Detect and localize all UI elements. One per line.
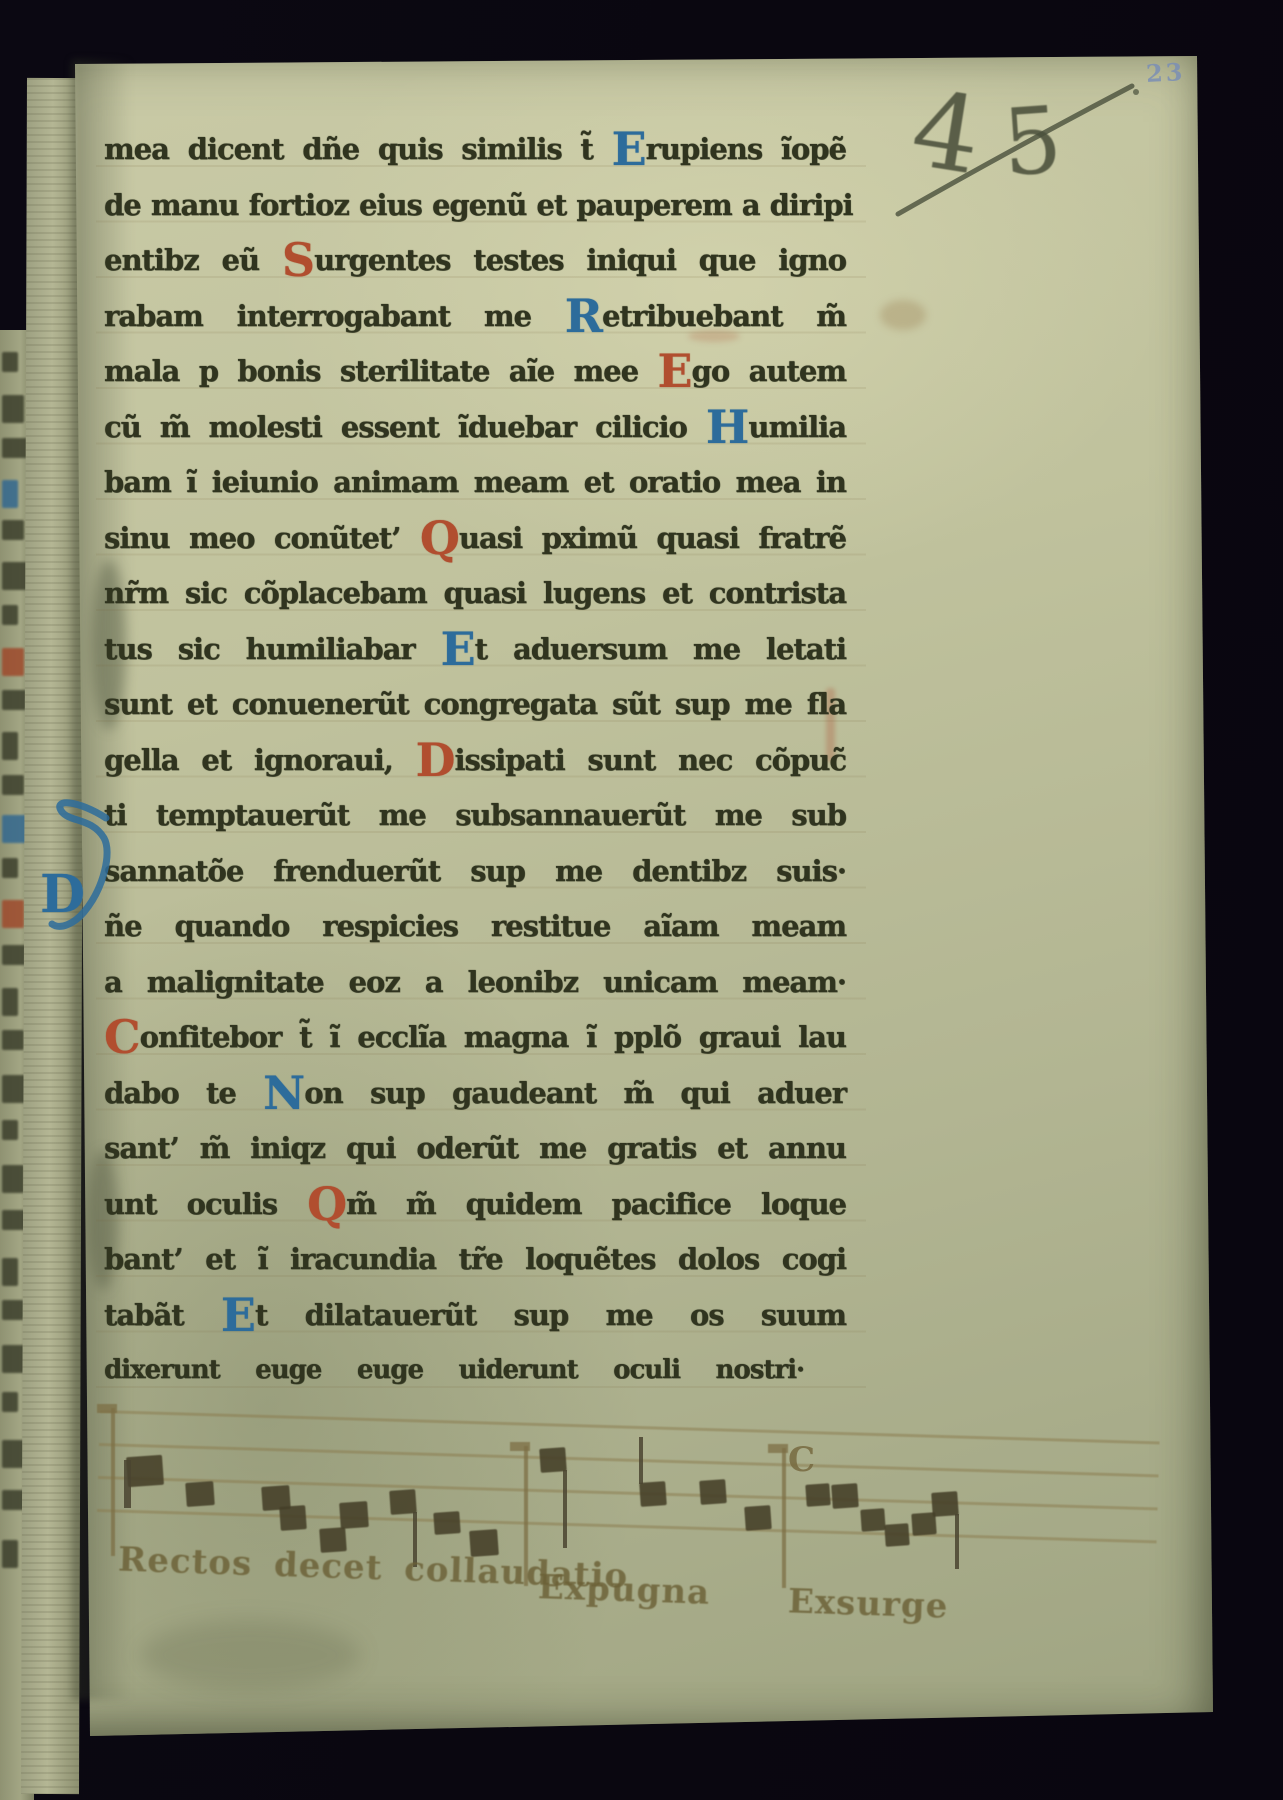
versal-initial: E <box>441 622 475 676</box>
text-segment: m̃ m̃ quidem pacifice loque <box>346 1187 846 1221</box>
text-line: sant’ m̃ iniqz qui oderũt me gratis et a… <box>104 1121 846 1177</box>
text-line: dabo te Non sup gaudeant m̃ qui aduer <box>104 1066 846 1122</box>
neume-note <box>831 1483 859 1509</box>
text-segment: tus sic humiliabar <box>104 632 441 666</box>
text-line: cũ m̃ molesti essent ĩduebar cilicio Hum… <box>104 400 846 456</box>
text-line: rabam interrogabant me Retribuebant m̃ <box>104 289 846 345</box>
edge-text-fragment <box>2 900 24 928</box>
versal-initial: C <box>104 1010 140 1064</box>
neume-stem <box>955 1514 959 1569</box>
text-segment: nr̃m sic cõplacebam quasi lugens et cont… <box>104 576 846 610</box>
edge-text-fragment <box>2 1440 24 1468</box>
staff-barline <box>782 1448 786 1588</box>
edge-text-fragment <box>2 1540 18 1568</box>
neume-stem <box>639 1437 643 1484</box>
neume-note <box>279 1505 307 1531</box>
text-line: tus sic humiliabar Et aduersum me letati <box>104 622 846 678</box>
versal-initial: H <box>706 400 748 454</box>
c-clef-icon: C <box>788 1440 815 1480</box>
text-segment: sant’ m̃ iniqz qui oderũt me gratis et a… <box>104 1131 846 1165</box>
text-line: sunt et conuenerũt congregata sũt sup me… <box>104 677 846 733</box>
edge-text-fragment <box>2 732 18 760</box>
edge-text-fragment <box>2 1300 24 1320</box>
text-segment: onfitebor t̃ ĩ ecclĩa magna ĩ pplõ graui… <box>140 1020 846 1054</box>
text-segment: bant’ et ĩ iracundia tr̃e loquẽtes dolos… <box>104 1242 846 1276</box>
text-line: Confitebor t̃ ĩ ecclĩa magna ĩ pplõ grau… <box>104 1010 846 1066</box>
staff-barline <box>111 1408 115 1556</box>
text-line: sinu meo conũtet’ Quasi pximũ quasi frat… <box>104 511 846 567</box>
text-line: Dñe quando respicies restitue aĩam meam <box>104 899 846 955</box>
versal-initial: S <box>282 233 314 287</box>
text-segment: entibz eũ <box>104 243 282 277</box>
text-segment: umilia <box>748 410 846 444</box>
text-segment: sannatõe frenduerũt sup me dentibz suis· <box>104 854 846 888</box>
neume-note <box>539 1447 567 1473</box>
text-line: mala p bonis sterilitate aĩe mee Ego aut… <box>104 344 846 400</box>
text-segment: ñe quando respicies restitue aĩam meam <box>104 909 846 943</box>
edge-text-fragment <box>2 1165 24 1193</box>
text-segment: rabam interrogabant me <box>104 299 565 333</box>
versal-initial: D <box>416 733 455 787</box>
text-segment: go autem <box>692 354 846 388</box>
text-line: nr̃m sic cõplacebam quasi lugens et cont… <box>104 566 846 622</box>
text-segment: issipati sunt nec cõpuc̃ <box>455 743 847 777</box>
text-segment: mala p bonis sterilitate aĩe mee <box>104 354 657 388</box>
text-segment: a malignitate eoz a leonibz unicam meam· <box>104 965 846 999</box>
versal-initial: N <box>263 1066 304 1120</box>
chant-lyric: Exsurge <box>787 1581 949 1626</box>
pencil-folio-number: 23 <box>1145 57 1186 88</box>
edge-text-fragment <box>2 775 24 795</box>
text-line: bant’ et ĩ iracundia tr̃e loquẽtes dolos… <box>104 1232 846 1288</box>
neume-note <box>126 1455 164 1487</box>
neume-note <box>699 1479 727 1505</box>
neume-note <box>860 1508 885 1532</box>
text-segment: etribuebant m̃ <box>602 299 846 333</box>
edge-text-fragment <box>2 1392 18 1412</box>
text-line: sannatõe frenduerũt sup me dentibz suis· <box>104 844 846 900</box>
edge-text-fragment <box>2 858 18 878</box>
versal-initial: E <box>221 1288 255 1342</box>
neume-note <box>185 1481 215 1507</box>
versal-initial: Q <box>420 511 459 565</box>
text-segment: sunt et conuenerũt congregata sũt sup me… <box>104 687 846 721</box>
versal-initial: Q <box>307 1177 346 1231</box>
text-line: dixerunt euge euge uiderunt oculi nostri… <box>104 1343 804 1399</box>
neume-note <box>433 1511 460 1535</box>
versal-initial: R <box>565 289 602 343</box>
text-segment: cũ m̃ molesti essent ĩduebar cilicio <box>104 410 706 444</box>
edge-text-fragment <box>2 1120 18 1140</box>
text-segment: bam ĩ ieiunio animam meam et oratio mea … <box>104 465 846 499</box>
edge-text-fragment <box>2 395 24 423</box>
text-segment: urgentes testes iniqui que igno <box>314 243 846 277</box>
staff-line <box>99 1443 1159 1477</box>
neume-stem <box>563 1470 567 1548</box>
text-line: tabãt Et dilatauerũt sup me os suum <box>104 1288 846 1344</box>
neume-stem <box>124 1460 131 1508</box>
text-line: ti temptauerũt me subsannauerũt me sub <box>104 788 846 844</box>
neume-note <box>805 1483 830 1507</box>
inscription-digit-5: 5 <box>999 86 1065 197</box>
manuscript-photo: mea dicent dñe quis similis t̃ Erupiens … <box>0 0 1283 1800</box>
text-line: bam ĩ ieiunio animam meam et oratio mea … <box>104 455 846 511</box>
neume-note <box>884 1523 909 1547</box>
text-line: mea dicent dñe quis similis t̃ Erupiens … <box>104 122 846 178</box>
edge-text-fragment <box>2 520 24 540</box>
inscription-digit-4: 4 <box>904 68 989 199</box>
folio-ink-inscription: 4 5 <box>895 60 1155 230</box>
text-segment: sinu meo conũtet’ <box>104 521 420 555</box>
edge-text-fragment <box>2 1030 24 1050</box>
barline-flag-icon <box>768 1444 788 1453</box>
edge-text-fragment <box>2 605 18 625</box>
neume-note <box>744 1505 772 1531</box>
text-line: gella et ignoraui, Dissipati sunt nec cõ… <box>104 733 846 789</box>
text-segment: dixerunt euge euge uiderunt oculi nostri… <box>104 1355 804 1385</box>
page-fore-edge <box>21 78 85 1794</box>
edge-text-fragment <box>2 1258 18 1286</box>
text-segment: uasi pximũ quasi fratrẽ <box>459 521 846 555</box>
text-line: unt oculis Qm̃ m̃ quidem pacifice loque <box>104 1177 846 1233</box>
neume-note <box>639 1481 667 1507</box>
edge-text-fragment <box>2 988 18 1016</box>
text-line: de manu fortioz eius egenũ et pauperem a… <box>104 178 846 234</box>
chant-lyric: Expugna <box>537 1567 710 1613</box>
neume-note <box>931 1491 959 1517</box>
text-segment: de manu fortioz eius egenũ et pauperem a… <box>104 188 853 222</box>
staff-line <box>98 1476 1158 1510</box>
text-segment: mea dicent dñe quis similis t̃ <box>104 132 612 166</box>
edge-text-fragment <box>2 480 18 508</box>
text-line: entibz eũ Surgentes testes iniqui que ig… <box>104 233 846 289</box>
text-line: a malignitate eoz a leonibz unicam meam· <box>104 955 846 1011</box>
text-segment: ti temptauerũt me subsannauerũt me sub <box>104 798 846 832</box>
neume-note <box>389 1489 417 1515</box>
text-segment: rupiens ĩopẽ <box>646 132 846 166</box>
versal-initial: E <box>657 344 691 398</box>
text-segment: dabo te <box>104 1076 263 1110</box>
text-segment: t aduersum me letati <box>475 632 846 666</box>
text-segment: tabãt <box>104 1298 221 1332</box>
versal-initial: E <box>612 122 646 176</box>
text-segment: t dilatauerũt sup me os suum <box>255 1298 846 1332</box>
barline-flag-icon <box>97 1404 117 1413</box>
barline-flag-icon <box>510 1442 530 1451</box>
neume-note <box>339 1501 369 1529</box>
text-segment: on sup gaudeant m̃ qui aduer <box>304 1076 846 1110</box>
text-segment: gella et ignoraui, <box>104 743 416 777</box>
edge-text-fragment <box>2 648 24 676</box>
psalm-text-block: mea dicent dñe quis similis t̃ Erupiens … <box>104 122 846 1399</box>
edge-text-fragment <box>2 352 18 372</box>
text-segment: unt oculis <box>104 1187 307 1221</box>
